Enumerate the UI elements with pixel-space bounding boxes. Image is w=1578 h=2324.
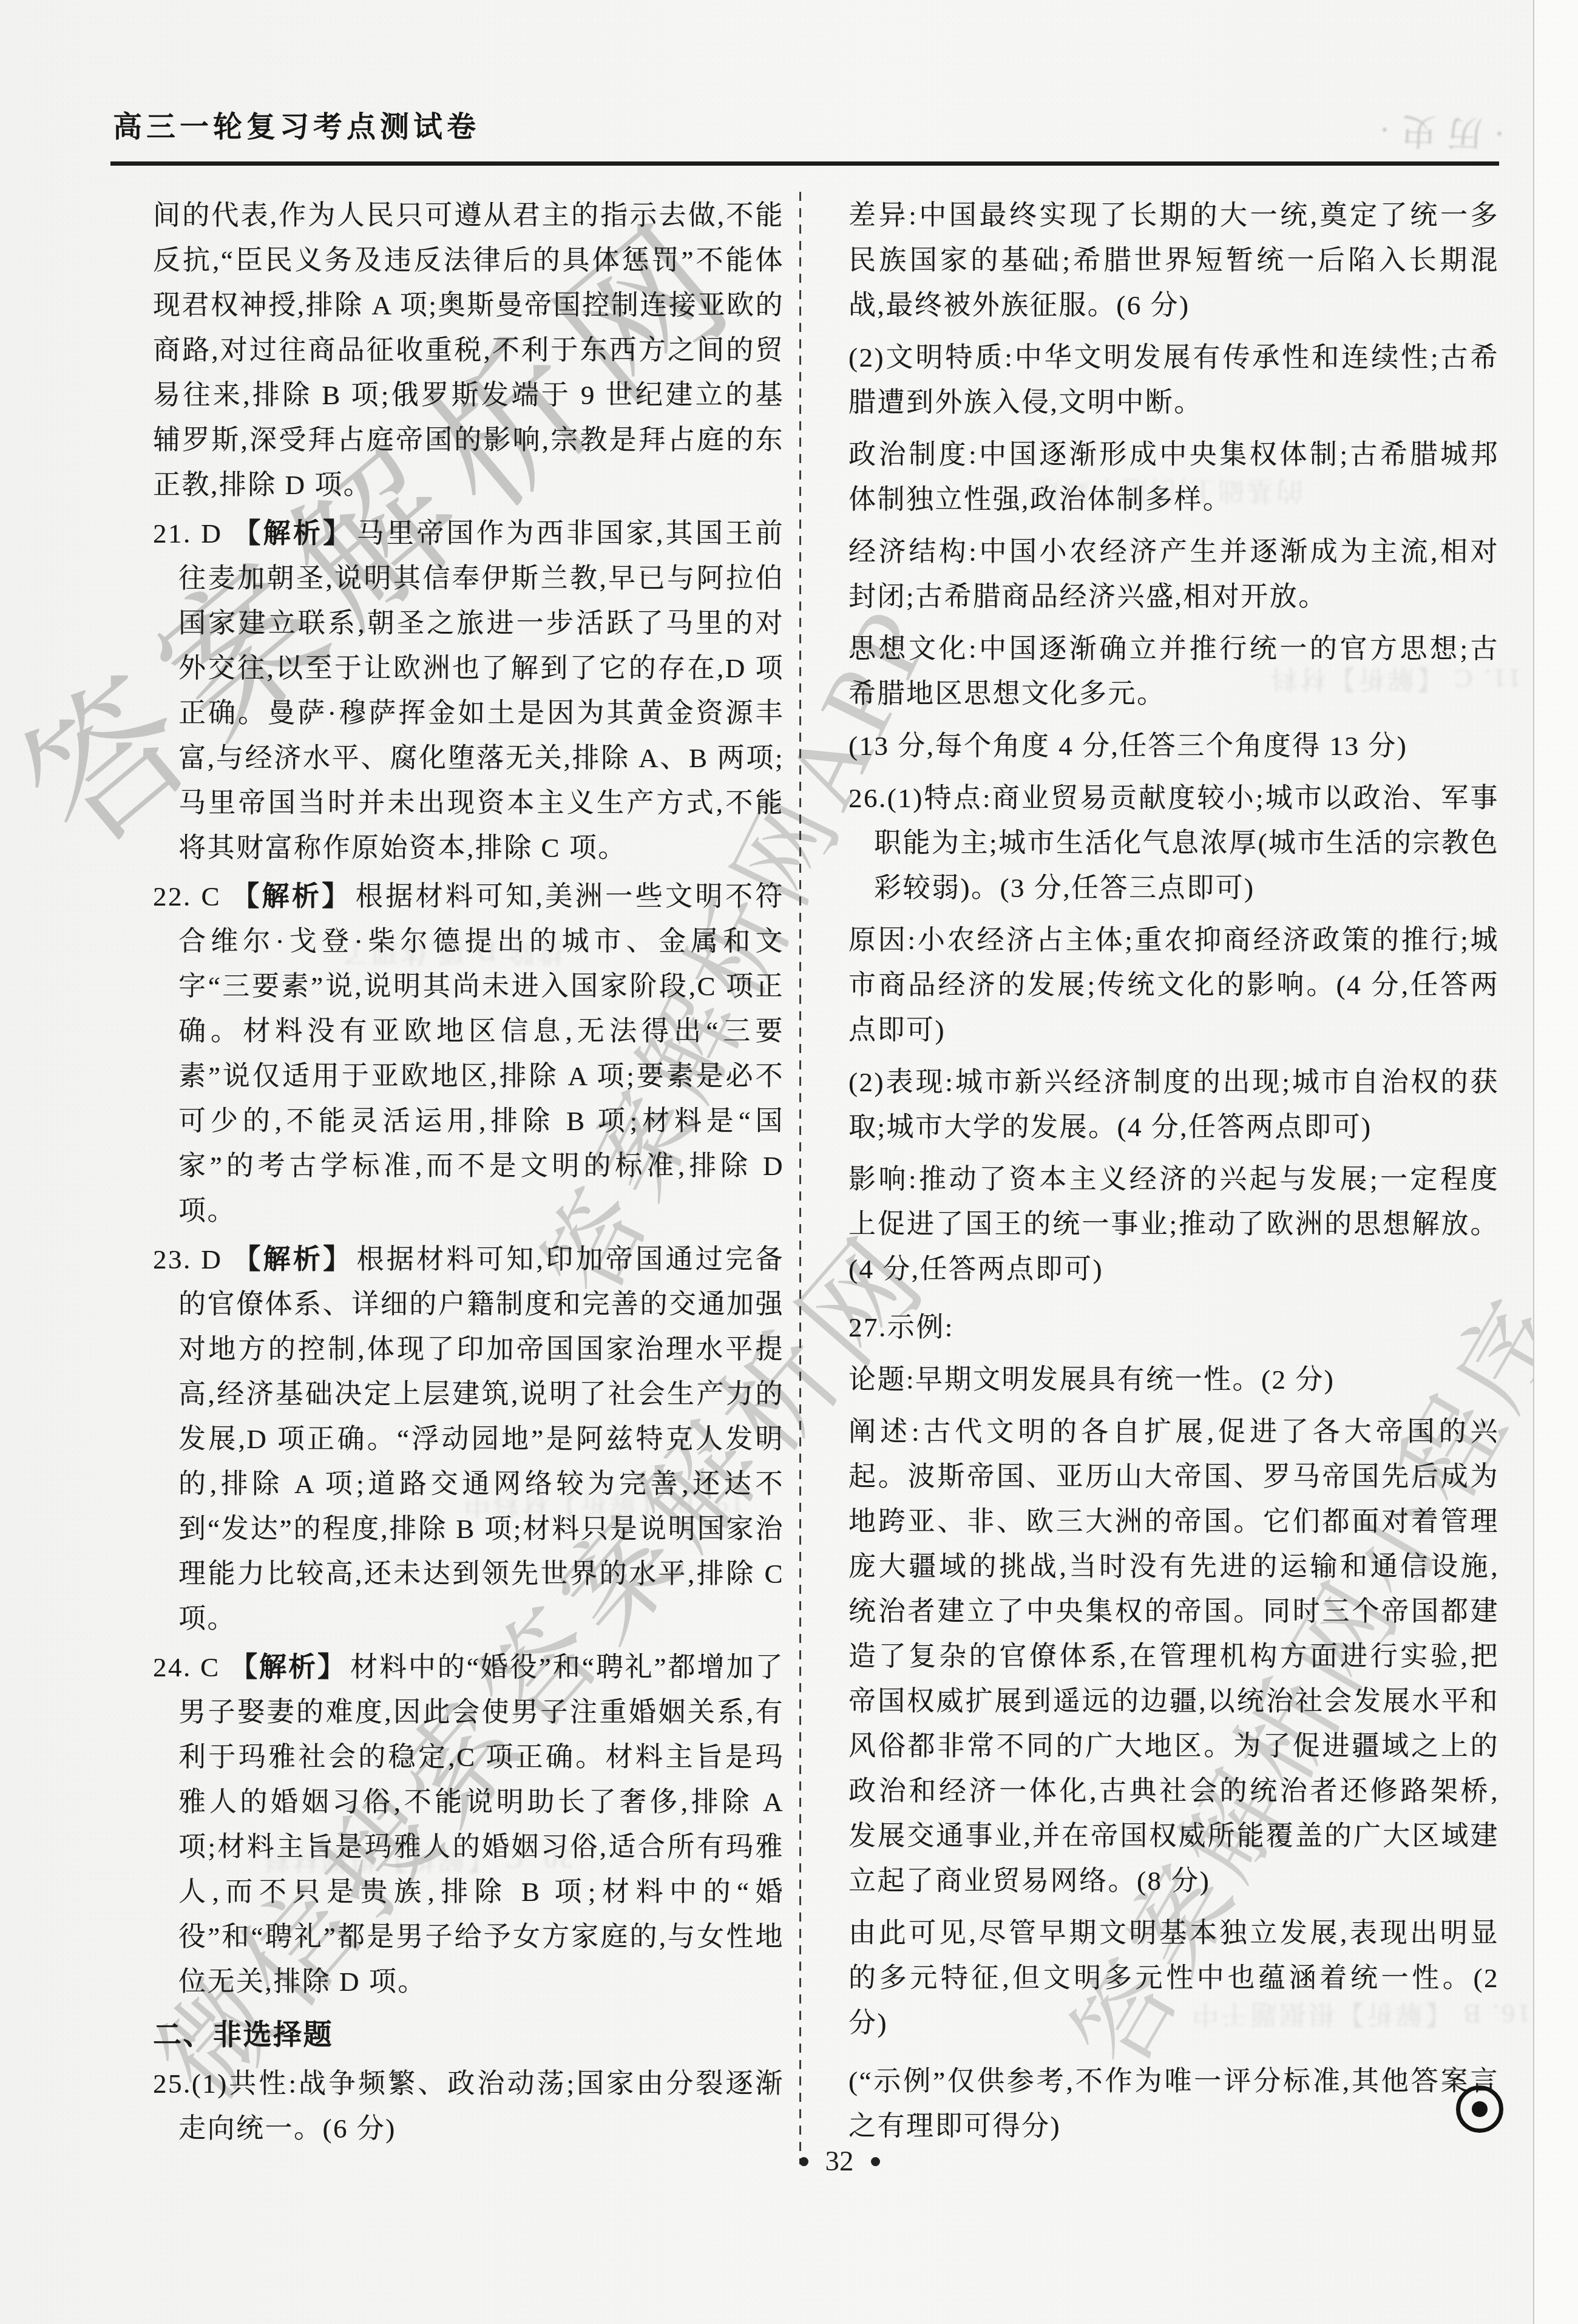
page-number-dot-left — [799, 2157, 808, 2166]
answer-paragraph-impact: 影响:推动了资本主义经济的兴起与发展;一定程度上促进了国王的统一事业;推动了欧洲… — [848, 1157, 1499, 1292]
subject-bleed-label: ·历史· — [1292, 104, 1506, 163]
answer-paragraph-civilization-traits: (2)文明特质:中华文明发展有传承性和连续性;古希腊遭到外族入侵,文明中断。 — [848, 335, 1499, 425]
answer-item-24: 24. C【解析】材料中的“婚役”和“聘礼”都增加了男子娶妻的难度,因此会使男子… — [153, 1645, 784, 2004]
right-column: 差异:中国最终实现了长期的大一统,奠定了统一多民族国家的基础;希腊世界短暂统一后… — [848, 193, 1499, 2156]
answer-text: 示例: — [887, 1312, 954, 1343]
page-number-dot-right — [871, 2157, 880, 2166]
answer-paragraph-political-system: 政治制度:中国逐渐形成中央集权体制;古希腊城邦体制独立性强,政治体制多样。 — [848, 432, 1499, 522]
answer-item-26: 26.(1)特点:商业贸易贡献度较小;城市以政治、军事职能为主;城市生活化气息浓… — [848, 776, 1499, 910]
analysis-label: 【解析】 — [232, 518, 356, 549]
analysis-label: 【解析】 — [232, 1244, 356, 1275]
answer-number: 22. C — [153, 881, 231, 912]
score-note-13: (13 分,每个角度 4 分,任答三个角度得 13 分) — [848, 723, 1499, 768]
answer-item-23: 23. D【解析】根据材料可知,印加帝国通过完备的官僚体系、详细的户籍制度和完善… — [153, 1237, 784, 1641]
answer-item-22: 22. C【解析】根据材料可知,美洲一些文明不符合维尔·戈登·柴尔德提出的城市、… — [153, 874, 784, 1233]
answer-number: 27. — [848, 1312, 887, 1343]
page-number-value: 32 — [825, 2146, 854, 2177]
answer-number: 21. D — [153, 518, 232, 549]
right-margin-band — [1534, 0, 1578, 2324]
right-edge-line — [1533, 0, 1534, 2324]
answer-number: 23. D — [153, 1244, 232, 1275]
analysis-label: 【解析】 — [231, 881, 356, 912]
answer-number: 24. C — [153, 1652, 230, 1682]
section-title-non-choice: 二、非选择题 — [153, 2013, 784, 2058]
answer-text: 材料中的“婚役”和“聘礼”都增加了男子娶妻的难度,因此会使男子注重婚姻关系,有利… — [178, 1652, 784, 1997]
answer-paragraph-manifestation: (2)表现:城市新兴经济制度的出现;城市自治权的获取;城市大学的发展。(4 分,… — [848, 1060, 1499, 1150]
answer-paragraph-elaboration: 阐述:古代文明的各自扩展,促进了各大帝国的兴起。波斯帝国、亚历山大帝国、罗马帝国… — [848, 1409, 1499, 1903]
answer-number: 25. — [153, 2068, 192, 2099]
grading-note: (“示例”仅供参考,不作为唯一评分标准,其他答案言之有理即可得分) — [848, 2059, 1499, 2149]
answer-text: (1)共性:战争频繁、政治动荡;国家由分裂逐渐走向统一。(6 分) — [178, 2068, 784, 2144]
page: 20. C 【解析】根据材料 19. B 【解析】材料中 16. B 【解析】根… — [0, 0, 1578, 2324]
column-divider — [799, 192, 801, 2164]
answer-text: 根据材料可知,印加帝国通过完备的官僚体系、详细的户籍制度和完善的交通加强对地方的… — [178, 1244, 784, 1634]
answer-paragraph-reason: 原因:小农经济占主体;重农抑商经济政策的推行;城市商品经济的发展;传统文化的影响… — [848, 918, 1499, 1052]
bullseye-dot — [1472, 2101, 1488, 2117]
analysis-label: 【解析】 — [230, 1652, 350, 1682]
answer-paragraph-differences: 差异:中国最终实现了长期的大一统,奠定了统一多民族国家的基础;希腊世界短暂统一后… — [848, 193, 1499, 328]
answer-paragraph-economic-structure: 经济结构:中国小农经济产生并逐渐成为主流,相对封闭;古希腊商品经济兴盛,相对开放… — [848, 529, 1499, 619]
answer-paragraph-thesis: 论题:早期文明发展具有统一性。(2 分) — [848, 1357, 1499, 1402]
page-title: 高三一轮复习考点测试卷 — [113, 103, 480, 145]
answer-text: (1)特点:商业贸易贡献度较小;城市以政治、军事职能为主;城市生活化气息浓厚(城… — [874, 783, 1499, 903]
answer-paragraph-ideology-culture: 思想文化:中国逐渐确立并推行统一的官方思想;古希腊地区思想文化多元。 — [848, 626, 1499, 716]
answer-paragraph-conclusion: 由此可见,尽管早期文明基本独立发展,表现出明显的多元特征,但文明多元性中也蕴涵着… — [848, 1911, 1499, 2045]
page-number: 32 — [748, 2145, 930, 2178]
bullseye-icon — [1456, 2085, 1503, 2133]
continuation-paragraph: 间的代表,作为人民只可遵从君主的指示去做,不能反抗,“臣民义务及违反法律后的具体… — [153, 193, 784, 507]
answer-text: 根据材料可知,美洲一些文明不符合维尔·戈登·柴尔德提出的城市、金属和文字“三要素… — [178, 881, 784, 1226]
header-rule — [110, 161, 1499, 166]
answer-item-27: 27.示例: — [848, 1305, 1499, 1350]
answer-number: 26. — [848, 783, 887, 813]
left-column: 间的代表,作为人民只可遵从君主的指示去做,不能反抗,“臣民义务及违反法律后的具体… — [153, 193, 784, 2155]
answer-item-25: 25.(1)共性:战争频繁、政治动荡;国家由分裂逐渐走向统一。(6 分) — [153, 2061, 784, 2151]
answer-item-21: 21. D【解析】马里帝国作为西非国家,其国王前往麦加朝圣,说明其信奉伊斯兰教,… — [153, 511, 784, 870]
answer-text: 马里帝国作为西非国家,其国王前往麦加朝圣,说明其信奉伊斯兰教,早已与阿拉伯国家建… — [178, 518, 784, 863]
